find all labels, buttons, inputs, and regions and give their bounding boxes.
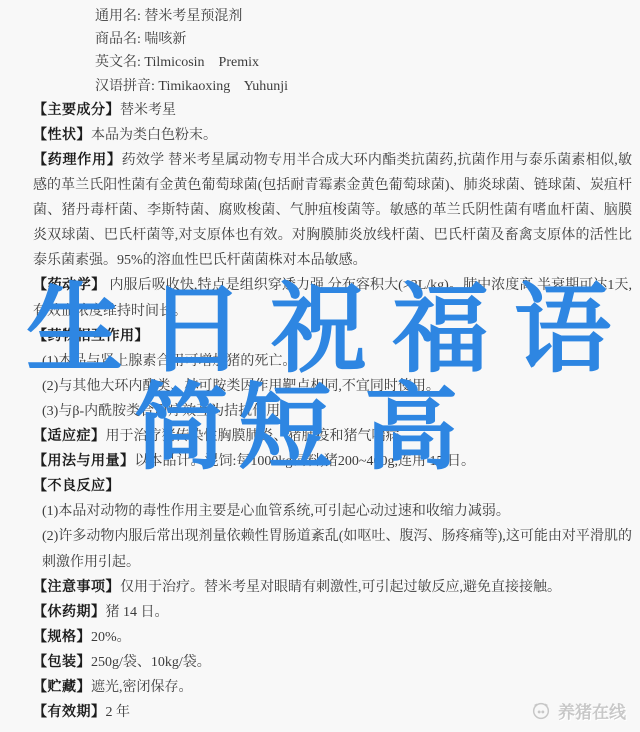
section-tag: 【适应症】 bbox=[33, 429, 106, 444]
section-paragraph: 【药动学】 内服后吸收快,特点是组织穿透力强,分布容积大(>2L/kg)。肺中浓… bbox=[33, 273, 632, 323]
pig-logo-icon bbox=[530, 700, 552, 722]
section-paragraph: 【注意事项】仅用于治疗。替米考星对眼睛有刺激性,可引起过敏反应,避免直接接触。 bbox=[33, 575, 632, 600]
section-tag: 【用法与用量】 bbox=[33, 454, 135, 469]
section-paragraph: 【休药期】猪 14 日。 bbox=[33, 600, 632, 625]
header-line-value: Timikaoxing Yuhunji bbox=[155, 79, 288, 94]
section-paragraph: 【不良反应】 bbox=[33, 474, 632, 499]
section-tag: 【药理作用】 bbox=[33, 153, 122, 168]
section-text: 内服后吸收快,特点是组织穿透力强,分布容积大(>2L/kg)。肺中浓度高,半衰期… bbox=[33, 278, 632, 318]
numbered-item: (2)许多动物内服后常出现剂量依赖性胃肠道紊乱(如呕吐、腹泻、肠疼痛等),这可能… bbox=[33, 524, 632, 574]
header-line: 商品名: 喘咳新 bbox=[95, 28, 632, 51]
section-paragraph: 【主要成分】替米考星 bbox=[33, 98, 632, 123]
section-paragraph: 【药理作用】药效学 替米考星属动物专用半合成大环内酯类抗菌药,抗菌作用与泰乐菌素… bbox=[33, 148, 632, 273]
section-tag: 【休药期】 bbox=[33, 605, 106, 620]
section-paragraph: 【适应症】用于治疗猪传染性胸膜肺炎、猪肺疫和猪气喘病。 bbox=[33, 424, 632, 449]
header-line-label: 商品名: bbox=[95, 32, 141, 47]
site-logo-label: 养猪在线 bbox=[558, 698, 626, 723]
section-tag: 【注意事项】 bbox=[33, 580, 120, 595]
section-tag: 【药物相互作用】 bbox=[33, 329, 149, 344]
numbered-item: (1)本品对动物的毒性作用主要是心血管系统,可引起心动过速和收缩力减弱。 bbox=[33, 499, 632, 524]
section-tag: 【规格】 bbox=[33, 630, 91, 645]
header-line-label: 通用名: bbox=[95, 9, 141, 24]
section-paragraph: 【药物相互作用】 bbox=[33, 324, 632, 349]
numbered-item: (2)与其他大环内酯类、林可胺类因作用靶点相同,不宜同时使用。 bbox=[33, 374, 632, 399]
numbered-item: (3)与β-内酰胺类合用疗效互为拮抗作用。 bbox=[33, 399, 632, 424]
section-text: 用于治疗猪传染性胸膜肺炎、猪肺疫和猪气喘病。 bbox=[106, 429, 414, 444]
section-paragraph: 【贮藏】遮光,密闭保存。 bbox=[33, 675, 632, 700]
section-text: 本品为类白色粉末。 bbox=[91, 128, 217, 143]
section-paragraph: 【用法与用量】以本品计。混饲:每1000kg饲料,猪200~400g,连用 15… bbox=[33, 449, 632, 474]
header-line-value: 替米考星预混剂 bbox=[141, 9, 243, 24]
section-paragraph: 【包装】250g/袋、10kg/袋。 bbox=[33, 650, 632, 675]
leaflet-body: 【主要成分】替米考星【性状】本品为类白色粉末。【药理作用】药效学 替米考星属动物… bbox=[33, 98, 632, 725]
header-line: 汉语拼音: Timikaoxing Yuhunji bbox=[95, 75, 632, 98]
section-text: 以本品计。混饲:每1000kg饲料,猪200~400g,连用 15 日。 bbox=[135, 454, 475, 469]
header-line-label: 英文名: bbox=[95, 55, 141, 70]
section-paragraph: 【性状】本品为类白色粉末。 bbox=[33, 123, 632, 148]
header-line: 英文名: Tilmicosin Premix bbox=[95, 51, 632, 74]
header-line: 通用名: 替米考星预混剂 bbox=[95, 5, 632, 28]
site-logo: 养猪在线 bbox=[530, 698, 626, 723]
section-text: 药效学 替米考星属动物专用半合成大环内酯类抗菌药,抗菌作用与泰乐菌素相似,敏感的… bbox=[33, 153, 632, 268]
section-paragraph: 【规格】20%。 bbox=[33, 625, 632, 650]
section-tag: 【贮藏】 bbox=[33, 680, 91, 695]
section-text: 替米考星 bbox=[120, 103, 176, 118]
section-text: 猪 14 日。 bbox=[106, 605, 169, 620]
section-tag: 【主要成分】 bbox=[33, 103, 120, 118]
section-tag: 【包装】 bbox=[33, 655, 91, 670]
header-line-value: Tilmicosin Premix bbox=[141, 55, 259, 70]
section-tag: 【不良反应】 bbox=[33, 479, 120, 494]
header-line-label: 汉语拼音: bbox=[95, 79, 155, 94]
numbered-item: (1)本品与肾上腺素合用可增加猪的死亡。 bbox=[33, 349, 632, 374]
section-text: 仅用于治疗。替米考星对眼睛有刺激性,可引起过敏反应,避免直接接触。 bbox=[120, 580, 561, 595]
section-text: 250g/袋、10kg/袋。 bbox=[91, 655, 211, 670]
section-text: 2 年 bbox=[106, 705, 131, 720]
section-tag: 【药动学】 bbox=[33, 278, 106, 293]
section-text: 遮光,密闭保存。 bbox=[91, 680, 193, 695]
section-text: 20%。 bbox=[91, 630, 131, 645]
drug-leaflet-document: 通用名: 替米考星预混剂商品名: 喘咳新英文名: Tilmicosin Prem… bbox=[33, 5, 632, 725]
leaflet-header: 通用名: 替米考星预混剂商品名: 喘咳新英文名: Tilmicosin Prem… bbox=[33, 5, 632, 98]
header-line-value: 喘咳新 bbox=[141, 32, 187, 47]
section-tag: 【性状】 bbox=[33, 128, 91, 143]
section-tag: 【有效期】 bbox=[33, 705, 106, 720]
